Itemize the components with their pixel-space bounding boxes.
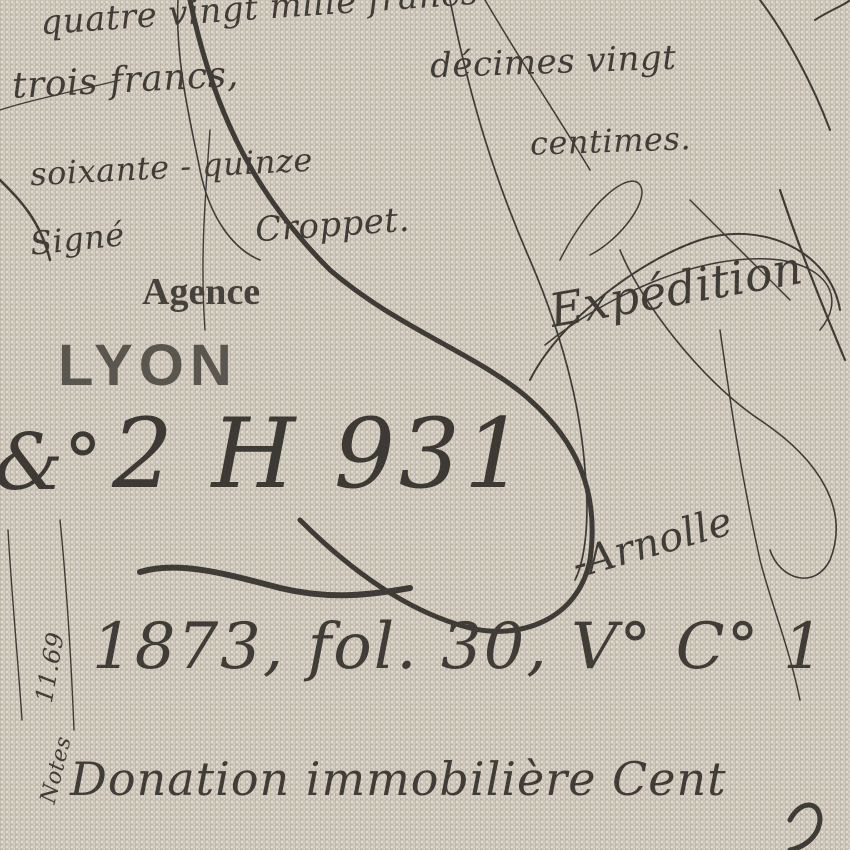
linen-fabric-photo: quatre vingt mille francs trois francs, …	[0, 0, 850, 850]
handwriting-line-3-right: centimes.	[529, 119, 691, 163]
record-line: 1873, fol. 30, V° C° 1 à	[92, 610, 850, 684]
reference-prefix: &°	[0, 418, 102, 508]
stamp-city: LYON	[58, 332, 238, 399]
bottom-line: Donation immobilière Cent	[70, 752, 727, 806]
stamp-agence: Agence	[142, 270, 260, 314]
reference-number: 2 H 931	[112, 398, 529, 510]
